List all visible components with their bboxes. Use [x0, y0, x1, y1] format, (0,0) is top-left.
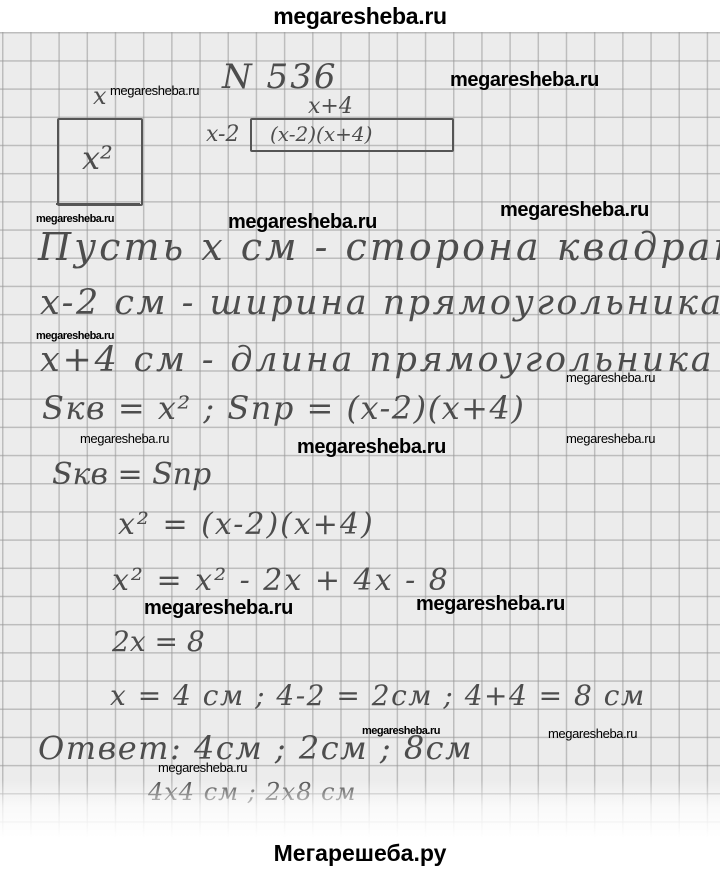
- solution-line-9: x = 4 см ; 4-2 = 2см ; 4+4 = 8 см: [110, 682, 646, 710]
- solution-line-2: x-2 см - ширина прямоугольника: [40, 286, 720, 321]
- paper-edge-fade: [0, 780, 720, 838]
- solution-line-5: Sкв = Sпр: [52, 460, 211, 490]
- watermark: megaresheba.ru: [450, 70, 599, 90]
- watermark: megaresheba.ru: [110, 84, 199, 97]
- watermark: megaresheba.ru: [158, 761, 247, 774]
- square-area-label: x²: [82, 142, 113, 174]
- watermark: megaresheba.ru: [548, 727, 637, 740]
- solution-line-1: Пусть x см - сторона квадрата,: [38, 228, 720, 266]
- solution-line-6: x² = (x-2)(x+4): [118, 510, 375, 540]
- watermark: megaresheba.ru: [144, 598, 293, 618]
- rect-length-label: x+4: [308, 96, 353, 118]
- watermark: megaresheba.ru: [416, 594, 565, 614]
- site-footer-watermark: Мегарешеба.ру: [0, 836, 720, 870]
- site-header-watermark: megaresheba.ru: [0, 0, 720, 32]
- rect-width-label: x-2: [206, 124, 239, 146]
- watermark: megaresheba.ru: [297, 437, 446, 457]
- rect-area-label: (x-2)(x+4): [270, 124, 372, 144]
- watermark: megaresheba.ru: [80, 432, 169, 445]
- watermark: megaresheba.ru: [36, 331, 114, 342]
- watermark: megaresheba.ru: [36, 214, 114, 225]
- watermark: megaresheba.ru: [500, 200, 649, 220]
- solution-line-4: Sкв = x² ; Sпр = (x-2)(x+4): [42, 392, 525, 424]
- watermark: megaresheba.ru: [228, 212, 377, 232]
- solution-line-7: x² = x² - 2x + 4x - 8: [112, 566, 450, 596]
- watermark: megaresheba.ru: [362, 726, 440, 737]
- watermark: megaresheba.ru: [566, 371, 655, 384]
- square-side-label: x: [93, 84, 107, 108]
- problem-number: N 536: [222, 60, 337, 94]
- watermark: megaresheba.ru: [566, 432, 655, 445]
- solution-line-8: 2x = 8: [112, 628, 205, 656]
- square-figure-base: [56, 203, 140, 205]
